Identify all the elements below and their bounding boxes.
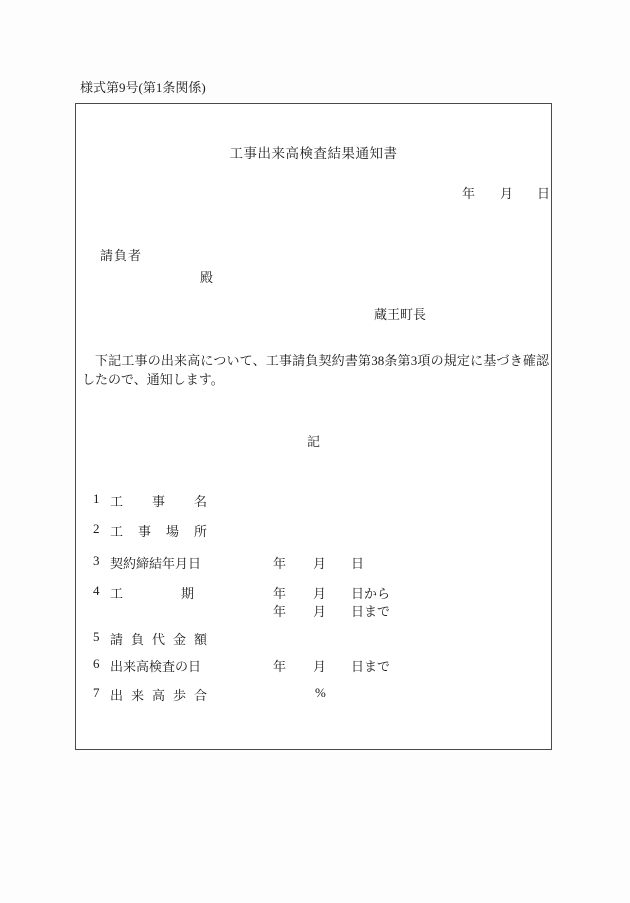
document-title: 工事出来高検査結果通知書 (76, 142, 551, 162)
item-number: 1 (93, 491, 100, 507)
item-number: 7 (93, 685, 100, 701)
month-label: 月 (313, 553, 326, 572)
document-page: 様式第9号(第1条関係) 工事出来高検査結果通知書 年 月 日 請負者 殿 蔵王… (0, 0, 630, 903)
list-item-construction-name: 1 工事名 (76, 491, 551, 508)
contractor-label: 請負者 (100, 245, 142, 264)
form-number: 様式第9号(第1条関係) (80, 77, 206, 96)
item-number: 4 (93, 583, 100, 599)
honorific-label: 殿 (200, 267, 213, 286)
month-label: 月 (313, 583, 326, 602)
list-item-progress-percentage: 7 出来高歩合 % (76, 685, 551, 702)
item-label: 工期 (110, 583, 194, 602)
day-from-label: 日から (351, 583, 390, 602)
year-label: 年 (273, 601, 286, 620)
day-to-label: 日まで (351, 601, 390, 620)
list-item-construction-period-end: 年 月 日まで (76, 601, 551, 618)
month-label: 月 (313, 656, 326, 675)
list-item-inspection-date: 6 出来高検査の日 年 月 日まで (76, 656, 551, 673)
year-label: 年 (273, 553, 286, 572)
form-border-box: 工事出来高検査結果通知書 年 月 日 請負者 殿 蔵王町長 下記工事の出来高につ… (75, 103, 552, 750)
item-label: 工事場所 (110, 521, 207, 540)
list-item-contract-amount: 5 請負代金額 (76, 629, 551, 646)
issue-date-line: 年 月 日 (76, 183, 551, 200)
issue-date-month-label: 月 (500, 183, 513, 202)
item-number: 6 (93, 656, 100, 672)
item-number: 2 (93, 521, 100, 537)
item-label: 工事名 (110, 491, 207, 510)
issue-date-year-label: 年 (462, 183, 475, 202)
list-item-contract-date: 3 契約締結年月日 年 月 日 (76, 553, 551, 570)
month-label: 月 (313, 601, 326, 620)
year-label: 年 (273, 583, 286, 602)
record-marker: 記 (76, 431, 551, 450)
day-label: 日まで (351, 656, 390, 675)
day-label: 日 (351, 553, 364, 572)
body-paragraph: 下記工事の出来高について、工事請負契約書第38条第3項の規定に基づき確認したので… (82, 352, 549, 389)
issue-date-day-label: 日 (537, 183, 550, 202)
item-label: 請負代金額 (110, 629, 207, 648)
issuer-name: 蔵王町長 (374, 304, 426, 323)
item-label: 出来高歩合 (110, 685, 207, 704)
item-number: 5 (93, 629, 100, 645)
list-item-construction-site: 2 工事場所 (76, 521, 551, 538)
year-label: 年 (273, 656, 286, 675)
item-label: 契約締結年月日 (110, 553, 201, 572)
list-item-construction-period: 4 工期 年 月 日から (76, 583, 551, 600)
percent-sign: % (315, 685, 326, 701)
item-label: 出来高検査の日 (110, 656, 201, 675)
item-number: 3 (93, 553, 100, 569)
